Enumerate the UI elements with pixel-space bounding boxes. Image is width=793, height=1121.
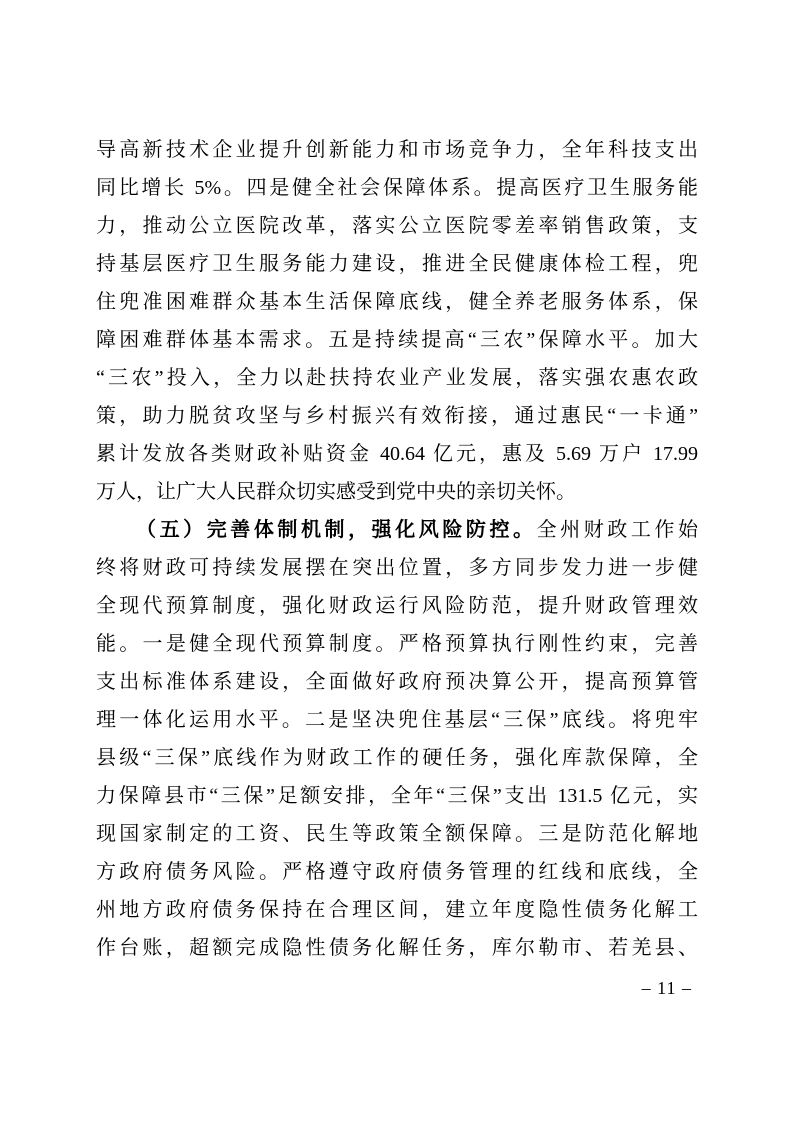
text-line: 全现代预算制度，强化财政运行风险防范，提升财政管理效 xyxy=(96,587,698,625)
body-text: 同比增长 5%。四是健全社会保障体系。提高医疗卫生服务能 xyxy=(96,177,698,199)
page-number: – 11 – xyxy=(96,977,692,999)
section-heading-text: （五）完善体制机制，强化风险防控。 xyxy=(136,519,537,541)
text-line: “三农”投入，全力以赴扶持农业产业发展，落实强农惠农政 xyxy=(96,359,698,397)
body-text: 全现代预算制度，强化财政运行风险防范，提升财政管理效 xyxy=(96,595,698,617)
document-body: 导高新技术企业提升创新能力和市场竞争力，全年科技支出同比增长 5%。四是健全社会… xyxy=(96,131,698,967)
body-text: 现国家制定的工资、民生等政策全额保障。三是防范化解地 xyxy=(96,823,698,845)
body-text: 策，助力脱贫攻坚与乡村振兴有效衔接，通过惠民“一卡通” xyxy=(96,405,698,427)
text-line: 持基层医疗卫生服务能力建设，推进全民健康体检工程，兜 xyxy=(96,245,698,283)
body-text: 县级“三保”底线作为财政工作的硬任务，强化库款保障，全 xyxy=(96,747,698,769)
body-text: 州地方政府债务保持在合理区间，建立年度隐性债务化解工 xyxy=(96,899,698,921)
text-line: 县级“三保”底线作为财政工作的硬任务，强化库款保障，全 xyxy=(96,739,698,777)
body-text: 理一体化运用水平。二是坚决兜住基层“三保”底线。将兜牢 xyxy=(96,709,698,731)
body-text: 支出标准体系建设，全面做好政府预决算公开，提高预算管 xyxy=(96,671,698,693)
body-text: 万人，让广大人民群众切实感受到党中央的亲切关怀。 xyxy=(96,481,576,503)
text-line: 策，助力脱贫攻坚与乡村振兴有效衔接，通过惠民“一卡通” xyxy=(96,397,698,435)
body-text: 能。一是健全现代预算制度。严格预算执行刚性约束，完善 xyxy=(96,633,698,655)
body-text: 全州财政工作始 xyxy=(537,519,698,541)
text-line: 现国家制定的工资、民生等政策全额保障。三是防范化解地 xyxy=(96,815,698,853)
body-text: “三农”投入，全力以赴扶持农业产业发展，落实强农惠农政 xyxy=(96,367,698,389)
text-line: 同比增长 5%。四是健全社会保障体系。提高医疗卫生服务能 xyxy=(96,169,698,207)
text-line: 州地方政府债务保持在合理区间，建立年度隐性债务化解工 xyxy=(96,891,698,929)
text-line: 力，推动公立医院改革，落实公立医院零差率销售政策，支 xyxy=(96,207,698,245)
text-line: （五）完善体制机制，强化风险防控。全州财政工作始 xyxy=(96,511,698,549)
text-line: 导高新技术企业提升创新能力和市场竞争力，全年科技支出 xyxy=(96,131,698,169)
body-text: 导高新技术企业提升创新能力和市场竞争力，全年科技支出 xyxy=(96,139,698,161)
text-line: 能。一是健全现代预算制度。严格预算执行刚性约束，完善 xyxy=(96,625,698,663)
text-line: 支出标准体系建设，全面做好政府预决算公开，提高预算管 xyxy=(96,663,698,701)
text-line: 力保障县市“三保”足额安排，全年“三保”支出 131.5 亿元，实 xyxy=(96,777,698,815)
text-line: 方政府债务风险。严格遵守政府债务管理的红线和底线，全 xyxy=(96,853,698,891)
body-text: 终将财政可持续发展摆在突出位置，多方同步发力进一步健 xyxy=(96,557,698,579)
body-text: 持基层医疗卫生服务能力建设，推进全民健康体检工程，兜 xyxy=(96,253,698,275)
text-line: 住兜准困难群众基本生活保障底线，健全养老服务体系，保 xyxy=(96,283,698,321)
body-text: 住兜准困难群众基本生活保障底线，健全养老服务体系，保 xyxy=(96,291,698,313)
body-text: 力保障县市“三保”足额安排，全年“三保”支出 131.5 亿元，实 xyxy=(96,785,698,807)
document-page: 导高新技术企业提升创新能力和市场竞争力，全年科技支出同比增长 5%。四是健全社会… xyxy=(0,0,793,1121)
body-text: 作台账，超额完成隐性债务化解任务，库尔勒市、若羌县、 xyxy=(96,937,698,959)
text-line: 终将财政可持续发展摆在突出位置，多方同步发力进一步健 xyxy=(96,549,698,587)
body-text: 累计发放各类财政补贴资金 40.64 亿元，惠及 5.69 万户 17.99 xyxy=(96,443,698,465)
text-line: 万人，让广大人民群众切实感受到党中央的亲切关怀。 xyxy=(96,473,698,511)
text-line: 累计发放各类财政补贴资金 40.64 亿元，惠及 5.69 万户 17.99 xyxy=(96,435,698,473)
text-line: 理一体化运用水平。二是坚决兜住基层“三保”底线。将兜牢 xyxy=(96,701,698,739)
body-text: 障困难群体基本需求。五是持续提高“三农”保障水平。加大 xyxy=(96,329,698,351)
body-text: 力，推动公立医院改革，落实公立医院零差率销售政策，支 xyxy=(96,215,698,237)
text-line: 障困难群体基本需求。五是持续提高“三农”保障水平。加大 xyxy=(96,321,698,359)
body-text: 方政府债务风险。严格遵守政府债务管理的红线和底线，全 xyxy=(96,861,698,883)
text-line: 作台账，超额完成隐性债务化解任务，库尔勒市、若羌县、 xyxy=(96,929,698,967)
